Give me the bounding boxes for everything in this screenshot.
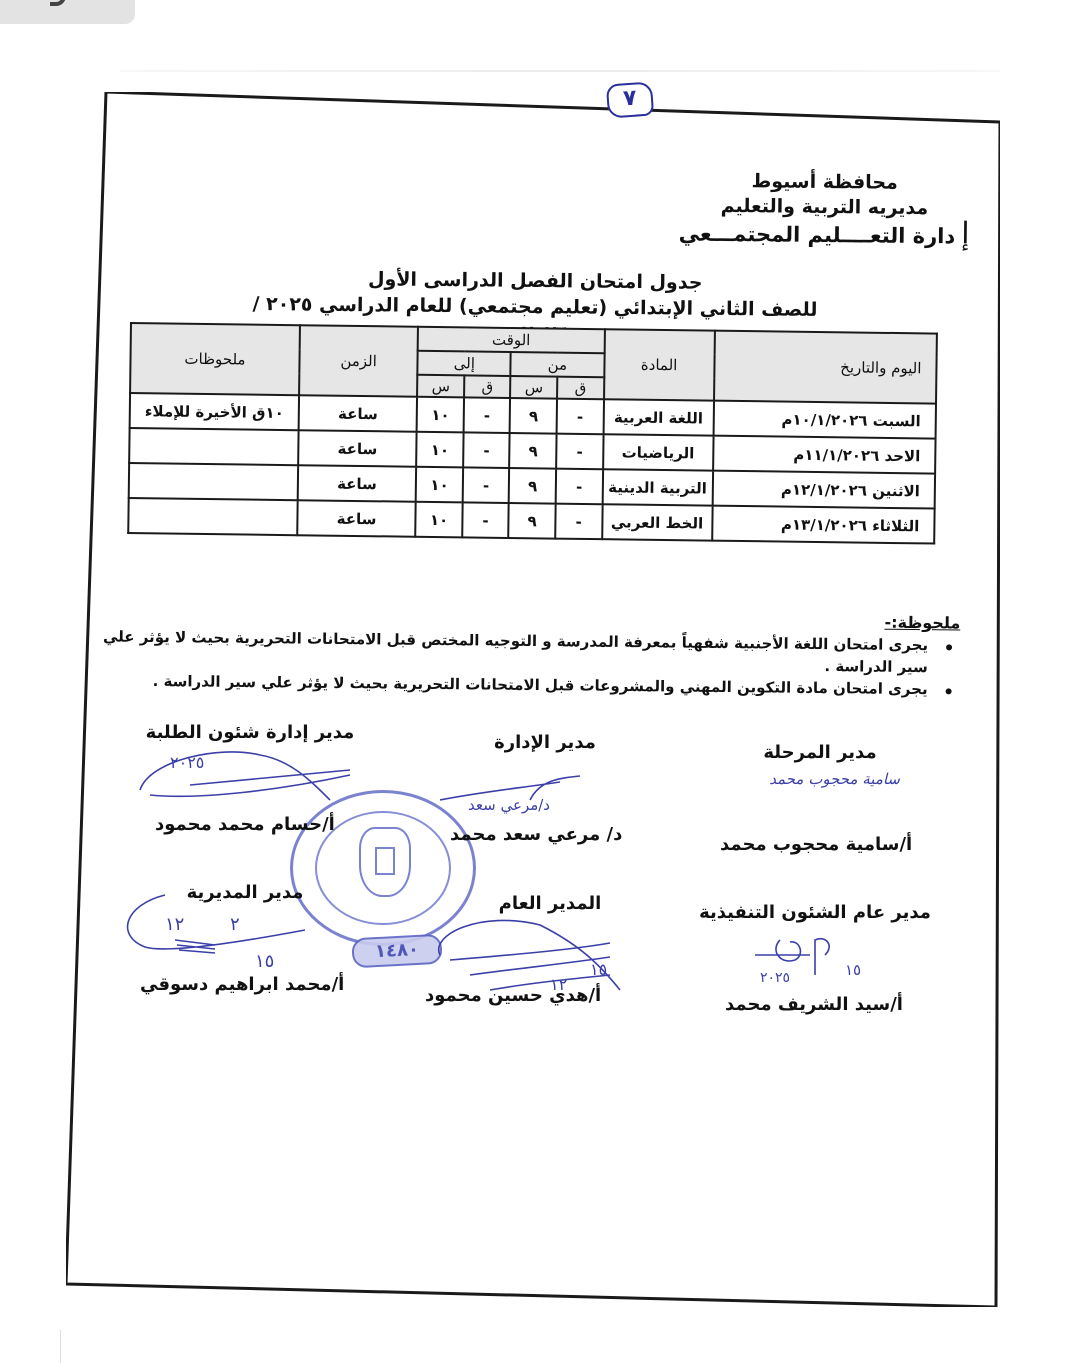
handwritten-signature: ٢٠٢٥ ١٥ <box>750 930 890 990</box>
cell-date: السبت ١٠/١/٢٠٢٦م <box>713 401 936 439</box>
handwritten-signature: ٢٠٢٥ <box>130 740 370 810</box>
signatory-role: مدير عام الشئون التنفيذية <box>695 902 935 923</box>
back-icon <box>50 0 66 6</box>
header-to-minute: ق <box>464 375 511 398</box>
notes-list: يجرى امتحان اللغة الأجنبية شفهياً بمعرفة… <box>100 625 961 700</box>
directorate-label: مديريه التربية والتعليم <box>679 193 970 221</box>
header-from: من <box>511 352 604 377</box>
cell-from-minute: - <box>557 399 604 435</box>
signature-executive-affairs-director: مدير عام الشئون التنفيذية أ/سيد الشريف م… <box>695 902 935 923</box>
cell-duration: ساعة <box>299 395 418 432</box>
department-label: إدارة التعــــليم المجتمـــعي <box>679 218 970 249</box>
cell-subject: الخط العربي <box>602 504 713 540</box>
svg-text:١٥: ١٥ <box>845 961 861 979</box>
svg-text:١٥: ١٥ <box>590 960 607 979</box>
signatory-name: د/ مرعي سعد محمد <box>450 824 622 845</box>
signatory-name: أ/سيد الشريف محمد <box>725 994 903 1015</box>
cell-from-hour: ٩ <box>509 468 556 504</box>
cell-subject: اللغة العربية <box>603 399 714 435</box>
cell-from-minute: - <box>556 469 603 505</box>
header-time: الوقت <box>418 327 605 353</box>
cell-from-hour: ٩ <box>510 433 557 469</box>
cell-duration: ساعة <box>298 465 417 502</box>
svg-text:٢: ٢ <box>230 914 240 935</box>
svg-text:د/مرعي سعد: د/مرعي سعد <box>468 796 550 815</box>
handwritten-signature: ١٢ ١٥ <box>420 905 640 995</box>
handwritten-signature: سامية محجوب محمد <box>750 762 910 802</box>
governorate-label: محافظة أسيوط <box>679 168 970 196</box>
signatory-name: أ/محمد ابراهيم دسوقي <box>140 974 344 995</box>
cell-date: الاثنين ١٢/١/٢٠٢٦م <box>712 471 935 509</box>
svg-text:١٢: ١٢ <box>165 914 184 935</box>
cell-from-minute: - <box>555 504 602 540</box>
cell-to-hour: ١٠ <box>415 502 462 538</box>
cell-subject: التربية الدينية <box>602 469 713 505</box>
cell-date: الاحد ١١/١/٢٠٢٦م <box>713 436 936 474</box>
cell-to-hour: ١٠ <box>416 467 463 503</box>
header-to-hour: س <box>417 375 464 398</box>
svg-text:٢٠٢٥: ٢٠٢٥ <box>170 753 204 772</box>
header-from-hour: س <box>510 376 557 399</box>
page-number-mark: ٧ <box>606 81 654 118</box>
header-from-minute: ق <box>557 377 604 400</box>
cell-notes: ١٠ق الأخيرة للإملاء <box>130 393 299 430</box>
cell-to-minute: - <box>463 467 510 503</box>
cell-to-hour: ١٠ <box>417 397 464 433</box>
header-notes: ملحوظات <box>130 323 300 395</box>
cell-from-minute: - <box>556 434 603 470</box>
cell-from-hour: ٩ <box>510 398 557 434</box>
signatory-name: أ/سامية محجوب محمد <box>720 834 912 855</box>
cell-to-hour: ١٠ <box>416 432 463 468</box>
letterhead: محافظة أسيوط مديريه التربية والتعليم إدا… <box>679 168 971 249</box>
header-duration: الزمن <box>299 325 418 397</box>
signature-administration-director: مدير الإدارة د/ مرعي سعد محمد <box>470 732 620 753</box>
cell-from-hour: ٩ <box>509 503 556 539</box>
signatory-role: مدير الإدارة <box>470 732 620 753</box>
svg-text:سامية محجوب محمد: سامية محجوب محمد <box>769 770 900 788</box>
header-date: اليوم والتاريخ <box>714 331 937 404</box>
signatory-role: مدير المرحلة <box>740 742 900 763</box>
signatory-name: أ/حسام محمد محمود <box>155 814 335 835</box>
cell-to-minute: - <box>462 502 509 538</box>
scan-edge <box>120 70 1000 72</box>
back-button[interactable] <box>0 0 135 24</box>
cell-notes <box>128 498 297 535</box>
cell-notes <box>129 463 298 500</box>
header-subject: المادة <box>604 329 715 400</box>
signature-stage-director: مدير المرحلة أ/سامية محجوب محمد <box>740 742 900 763</box>
cell-subject: الرياضيات <box>603 434 714 470</box>
cell-to-minute: - <box>463 432 510 468</box>
exam-schedule-table: اليوم والتاريخ المادة الوقت الزمن ملحوظا… <box>127 322 938 545</box>
header-to: إلى <box>418 351 511 376</box>
scan-edge <box>60 1330 61 1363</box>
svg-text:١٥: ١٥ <box>255 951 274 972</box>
cell-duration: ساعة <box>297 500 416 537</box>
eagle-emblem-icon <box>359 827 411 897</box>
handwritten-signature: ١٢ ٢ ١٥ <box>105 885 325 975</box>
cell-duration: ساعة <box>298 430 417 467</box>
cell-to-minute: - <box>464 397 511 433</box>
cell-date: الثلاثاء ١٣/١/٢٠٢٦م <box>712 506 935 544</box>
cell-notes <box>129 428 298 465</box>
svg-text:٢٠٢٥: ٢٠٢٥ <box>760 970 790 986</box>
handwritten-signature: د/مرعي سعد <box>440 770 600 820</box>
notes-section: ملحوظة:- يجرى امتحان اللغة الأجنبية شفهي… <box>100 603 961 700</box>
svg-text:١٢: ١٢ <box>550 975 567 994</box>
